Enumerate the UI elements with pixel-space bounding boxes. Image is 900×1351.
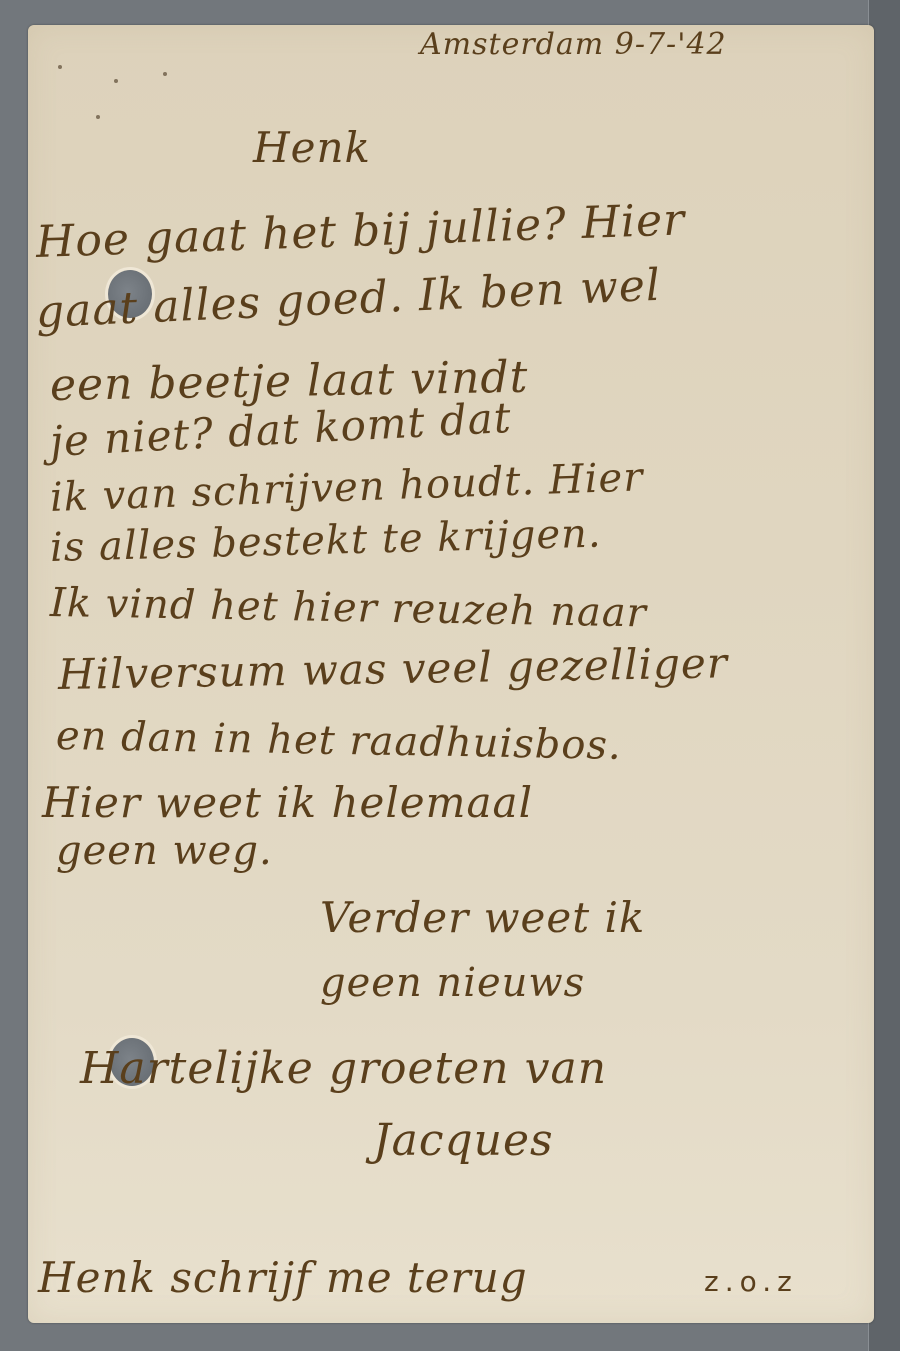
body-line-1: Hoe gaat het bij jullie? Hier bbox=[35, 194, 686, 268]
header-place-date: Amsterdam 9-7-'42 bbox=[420, 27, 727, 62]
signoff: Hartelijke groeten van bbox=[80, 1043, 607, 1094]
closing-line-2: geen nieuws bbox=[320, 960, 585, 1006]
postscript: Henk schrijf me terug bbox=[38, 1253, 528, 1302]
closing-line-1: Verder weet ik bbox=[320, 893, 645, 942]
body-line-10: Hier weet ik helemaal bbox=[42, 778, 533, 827]
header-date: 9-7-'42 bbox=[615, 27, 727, 62]
paper-speck bbox=[58, 65, 62, 69]
postcard: Amsterdam 9-7-'42 Henk Hoe gaat het bij … bbox=[28, 25, 874, 1323]
pto-note: z.o.z bbox=[704, 1265, 798, 1298]
header-place: Amsterdam bbox=[420, 27, 604, 62]
paper-speck bbox=[96, 115, 100, 119]
body-line-6: is alles bestekt te krijgen. bbox=[49, 511, 602, 571]
body-line-11: geen weg. bbox=[56, 828, 273, 874]
salutation: Henk bbox=[253, 123, 371, 172]
body-line-7: Ik vind het hier reuzeh naar bbox=[50, 580, 648, 636]
paper-speck bbox=[114, 79, 118, 83]
body-line-9: en dan in het raadhuisbos. bbox=[56, 713, 622, 769]
signature: Jacques bbox=[373, 1115, 554, 1166]
body-line-8: Hilversum was veel gezelliger bbox=[58, 638, 729, 699]
paper-speck bbox=[163, 72, 167, 76]
